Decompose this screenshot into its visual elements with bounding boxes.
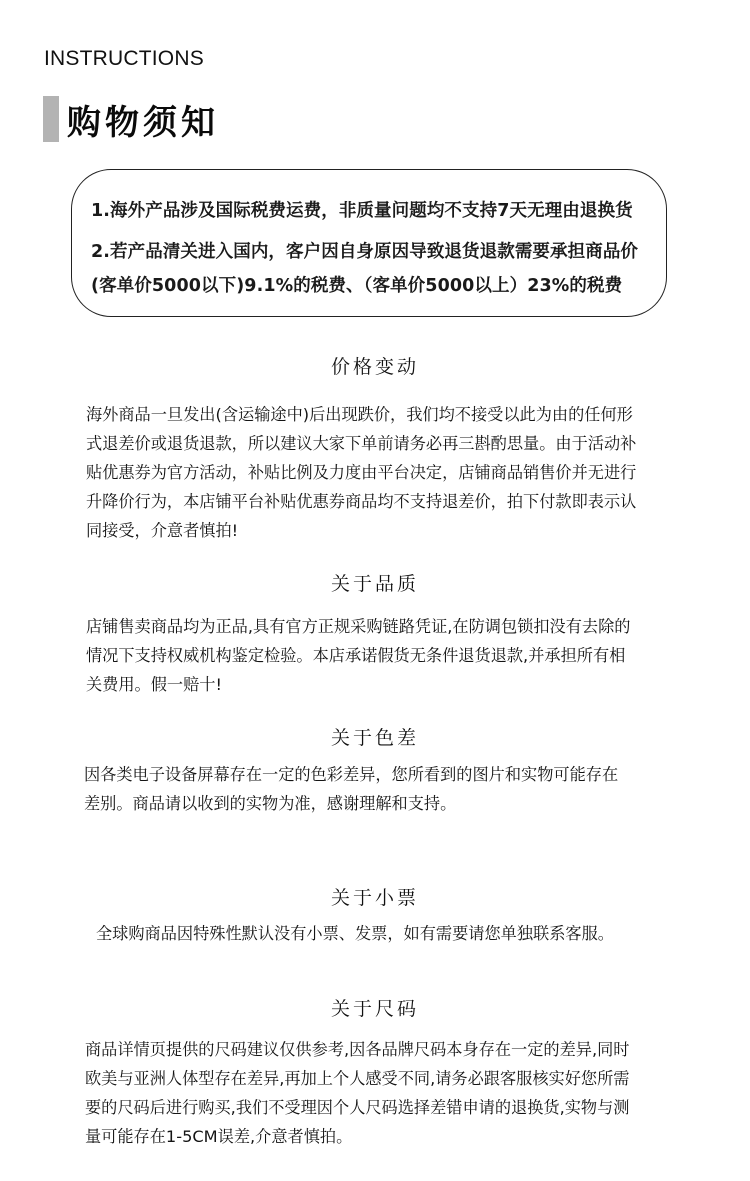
section-title-receipt: 关于小票	[0, 883, 750, 910]
text-line: 关费用。假一赔十!	[86, 670, 666, 699]
notice-line-3: (客单价5000以下)9.1%的税费、（客单价5000以上）23%的税费	[91, 272, 622, 297]
text-line: 升降价行为，本店铺平台补贴优惠券商品均不支持退差价，拍下付款即表示认	[86, 487, 666, 516]
section-body-price-change: 海外商品一旦发出(含运输途中)后出现跌价，我们均不接受以此为由的任何形 式退差价…	[86, 400, 666, 545]
title-accent-bar	[43, 96, 59, 142]
text-line: 同接受，介意者慎拍!	[86, 516, 666, 545]
section-title-color-difference: 关于色差	[0, 723, 750, 750]
instructions-eyebrow: INSTRUCTIONS	[44, 47, 204, 71]
text-line: 欧美与亚洲人体型存在差异,再加上个人感受不同,请务必跟客服核实好您所需	[85, 1064, 665, 1093]
section-title-size: 关于尺码	[0, 994, 750, 1021]
section-title-quality: 关于品质	[0, 569, 750, 596]
section-body-color-difference: 因各类电子设备屏幕存在一定的色彩差异，您所看到的图片和实物可能存在 差别。商品请…	[84, 760, 664, 818]
text-line: 差别。商品请以收到的实物为准，感谢理解和支持。	[84, 789, 664, 818]
text-line: 全球购商品因特殊性默认没有小票、发票，如有需要请您单独联系客服。	[96, 919, 676, 948]
section-body-size: 商品详情页提供的尺码建议仅供参考,因各品牌尺码本身存在一定的差异,同时 欧美与亚…	[85, 1035, 665, 1151]
section-body-quality: 店铺售卖商品均为正品,具有官方正规采购链路凭证,在防调包锁扣没有去除的 情况下支…	[86, 612, 666, 699]
text-line: 情况下支持权威机构鉴定检验。本店承诺假货无条件退货退款,并承担所有相	[86, 641, 666, 670]
text-line: 贴优惠券为官方活动，补贴比例及力度由平台决定，店铺商品销售价并无进行	[86, 458, 666, 487]
notice-line-1: 1.海外产品涉及国际税费运费，非质量问题均不支持7天无理由退换货	[91, 197, 633, 222]
notice-line-2: 2.若产品清关进入国内，客户因自身原因导致退货退款需要承担商品价	[91, 238, 638, 263]
page-title-block: 购物须知	[43, 96, 219, 142]
text-line: 式退差价或退货退款，所以建议大家下单前请务必再三斟酌思量。由于活动补	[86, 429, 666, 458]
page-title: 购物须知	[67, 95, 219, 144]
text-line: 海外商品一旦发出(含运输途中)后出现跌价，我们均不接受以此为由的任何形	[86, 400, 666, 429]
section-body-receipt: 全球购商品因特殊性默认没有小票、发票，如有需要请您单独联系客服。	[96, 919, 676, 948]
text-line: 量可能存在1-5CM误差,介意者慎拍。	[85, 1122, 665, 1151]
text-line: 要的尺码后进行购买,我们不受理因个人尺码选择差错申请的退换货,实物与测	[85, 1093, 665, 1122]
section-title-price-change: 价格变动	[0, 352, 750, 379]
text-line: 店铺售卖商品均为正品,具有官方正规采购链路凭证,在防调包锁扣没有去除的	[86, 612, 666, 641]
text-line: 商品详情页提供的尺码建议仅供参考,因各品牌尺码本身存在一定的差异,同时	[85, 1035, 665, 1064]
text-line: 因各类电子设备屏幕存在一定的色彩差异，您所看到的图片和实物可能存在	[84, 760, 664, 789]
notice-box: 1.海外产品涉及国际税费运费，非质量问题均不支持7天无理由退换货 2.若产品清关…	[71, 169, 667, 317]
